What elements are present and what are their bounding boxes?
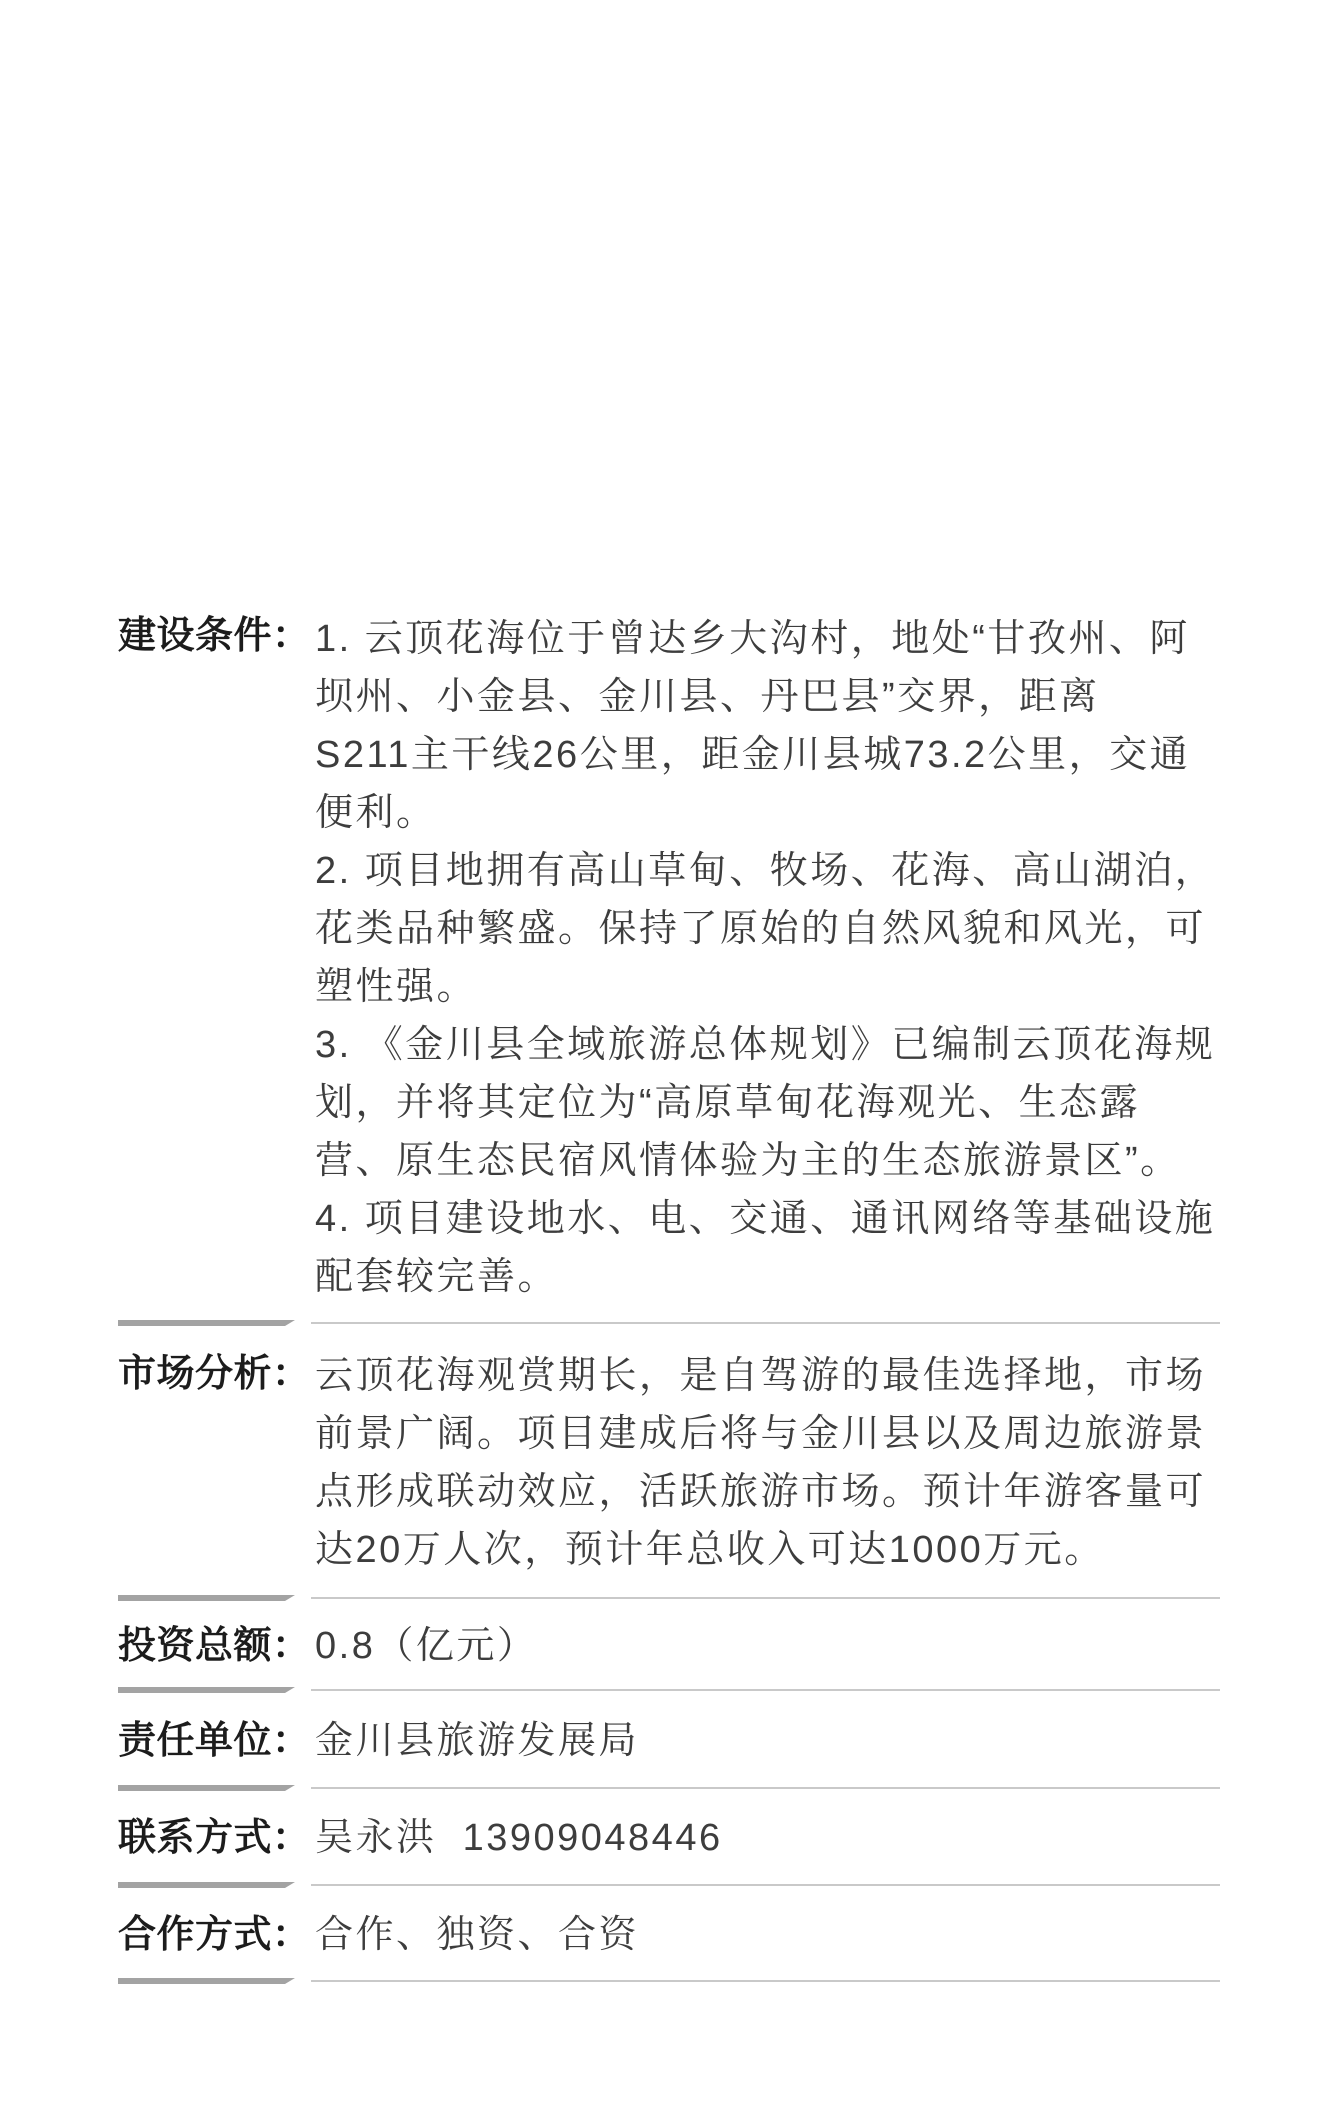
market-analysis-text: 云顶花海观赏期长，是自驾游的最佳选择地，市场 前景广阔。项目建成后将与金川县以及…	[315, 1347, 1230, 1579]
text-line: 达20万人次，预计年总收入可达1000万元。	[315, 1521, 1230, 1579]
total-investment-label: 投资总额：	[118, 1622, 318, 1670]
contact-info-value: 吴永洪 13909048446	[315, 1814, 1230, 1862]
divider-rule	[311, 1689, 1220, 1691]
text-line: 点形成联动效应，活跃旅游市场。预计年游客量可	[315, 1463, 1230, 1521]
section-divider	[0, 1320, 1334, 1328]
text-line: 坝州、小金县、金川县、丹巴县”交界，距离	[315, 668, 1230, 726]
divider-rule	[311, 1787, 1220, 1789]
construction-conditions-text: 1. 云顶花海位于曾达乡大沟村，地处“甘孜州、阿 坝州、小金县、金川县、丹巴县”…	[315, 610, 1230, 1306]
contact-info-label: 联系方式：	[118, 1814, 318, 1862]
cooperation-mode-label: 合作方式：	[118, 1911, 318, 1959]
text-line: 4. 项目建设地水、电、交通、通讯网络等基础设施	[315, 1190, 1230, 1248]
text-line: 2. 项目地拥有高山草甸、牧场、花海、高山湖泊，	[315, 842, 1230, 900]
total-investment-value: 0.8（亿元）	[315, 1622, 1230, 1670]
text-line: 营、原生态民宿风情体验为主的生态旅游景区”。	[315, 1132, 1230, 1190]
section-divider	[0, 1687, 1334, 1695]
text-line: 配套较完善。	[315, 1248, 1230, 1306]
text-line: 前景广阔。项目建成后将与金川县以及周边旅游景	[315, 1405, 1230, 1463]
responsible-unit-value: 金川县旅游发展局	[315, 1717, 1230, 1765]
text-line: 云顶花海观赏期长，是自驾游的最佳选择地，市场	[315, 1347, 1230, 1405]
divider-bar	[118, 1785, 295, 1791]
divider-rule	[311, 1980, 1220, 1982]
text-line: 塑性强。	[315, 958, 1230, 1016]
divider-rule	[311, 1597, 1220, 1599]
text-line: 3. 《金川县全域旅游总体规划》已编制云顶花海规	[315, 1016, 1230, 1074]
market-analysis-label: 市场分析：	[118, 1350, 318, 1398]
divider-bar	[118, 1882, 295, 1888]
cooperation-mode-value: 合作、独资、合资	[315, 1911, 1230, 1959]
document-page: 建设条件： 1. 云顶花海位于曾达乡大沟村，地处“甘孜州、阿 坝州、小金县、金川…	[0, 0, 1334, 2102]
divider-rule	[311, 1322, 1220, 1324]
text-line: 便利。	[315, 784, 1230, 842]
construction-conditions-label: 建设条件：	[118, 612, 318, 660]
text-line: 花类品种繁盛。保持了原始的自然风貌和风光，可	[315, 900, 1230, 958]
responsible-unit-label: 责任单位：	[118, 1717, 318, 1765]
section-divider	[0, 1882, 1334, 1890]
section-divider	[0, 1785, 1334, 1793]
divider-rule	[311, 1884, 1220, 1886]
divider-bar	[118, 1595, 295, 1601]
divider-bar	[118, 1687, 295, 1693]
text-line: 划，并将其定位为“高原草甸花海观光、生态露	[315, 1074, 1230, 1132]
section-divider	[0, 1595, 1334, 1603]
section-divider	[0, 1978, 1334, 1986]
text-line: 1. 云顶花海位于曾达乡大沟村，地处“甘孜州、阿	[315, 610, 1230, 668]
divider-bar	[118, 1320, 295, 1326]
text-line: S211主干线26公里，距金川县城73.2公里，交通	[315, 726, 1230, 784]
divider-bar	[118, 1978, 295, 1984]
